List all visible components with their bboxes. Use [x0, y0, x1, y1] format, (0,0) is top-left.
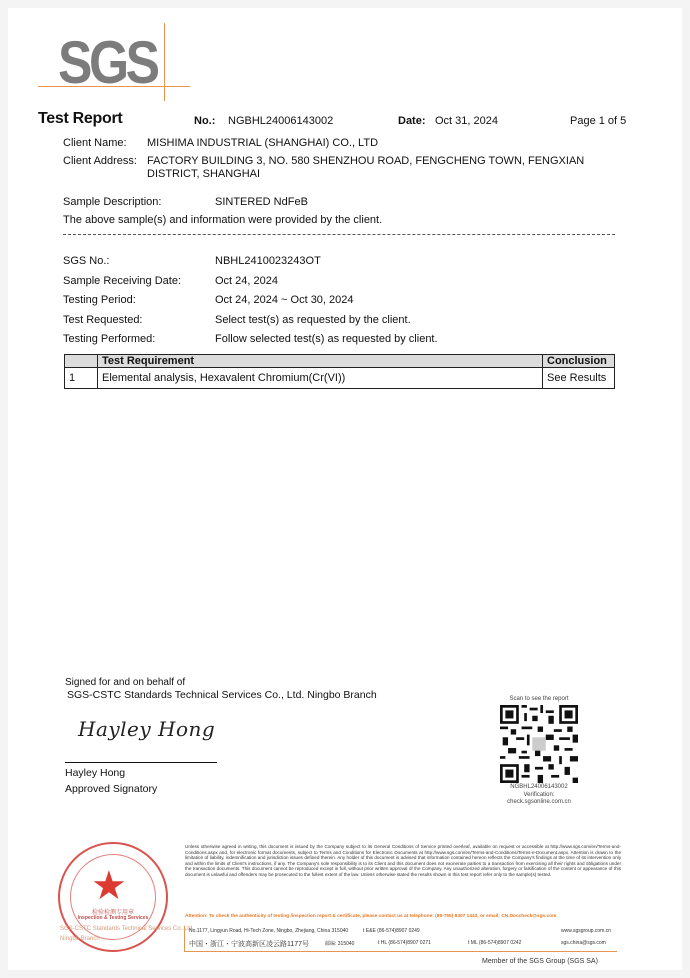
- client-name-value: MISHIMA INDUSTRIAL (SHANGHAI) CO., LTD: [147, 137, 378, 149]
- testing-period-label: Testing Period:: [63, 294, 136, 306]
- logo-horizontal-line: [38, 86, 190, 87]
- legal-disclaimer: Unless otherwise agreed in writing, this…: [185, 844, 621, 878]
- client-address-line1: FACTORY BUILDING 3, NO. 580 SHENZHOU ROA…: [147, 155, 584, 167]
- test-requirement-table: Test Requirement Conclusion 1 Elemental …: [64, 354, 615, 389]
- page-indicator: Page 1 of 5: [570, 115, 626, 127]
- report-page: SGS Test Report No.: NGBHL24006143002 Da…: [8, 8, 682, 970]
- dashed-divider: [63, 234, 615, 235]
- sgs-group-member: Member of the SGS Group (SGS SA): [482, 958, 598, 965]
- qr-verification-site[interactable]: check.sgsonline.com.cn: [499, 799, 579, 805]
- footer-web[interactable]: www.sgsgroup.com.cn: [561, 928, 611, 934]
- receiving-date-label: Sample Receiving Date:: [63, 275, 181, 287]
- sgs-no-label: SGS No.:: [63, 255, 109, 267]
- signed-for-text: Signed for and on behalf of: [65, 677, 185, 688]
- testing-performed-value: Follow selected test(s) as requested by …: [215, 333, 438, 345]
- header-test-requirement: Test Requirement: [98, 355, 543, 368]
- test-requested-value: Select test(s) as requested by the clien…: [215, 314, 411, 326]
- receiving-date-value: Oct 24, 2024: [215, 275, 278, 287]
- signature-line: [65, 762, 217, 763]
- footer-tel-ml: t ML (86-574)8907 0242: [468, 940, 521, 946]
- client-address-label: Client Address:: [63, 155, 137, 167]
- row-index: 1: [65, 368, 98, 389]
- handwritten-signature: Hayley Hong: [78, 717, 215, 741]
- report-title: Test Report: [38, 110, 122, 128]
- test-requested-label: Test Requested:: [63, 314, 143, 326]
- qr-scan-caption: Scan to see the report: [499, 696, 579, 702]
- footer-tel-ee: t E&E (86-574)8907 0249: [363, 928, 420, 934]
- authenticity-attention: Attention: To check the authenticity of …: [185, 914, 621, 920]
- sgs-no-value: NBHL2410023243OT: [215, 255, 321, 267]
- stamp-company-line1: SGS-CSTC Standards Technical Services Co…: [60, 926, 194, 932]
- footer-email[interactable]: sgs.china@sgs.com: [561, 940, 606, 946]
- signatory-title: Approved Signatory: [65, 783, 157, 795]
- row-test-requirement: Elemental analysis, Hexavalent Chromium(…: [98, 368, 543, 389]
- footer-address-en: No.1177, Lingyun Road, Hi-Tech Zone, Nin…: [189, 928, 348, 934]
- report-date-label: Date:: [398, 115, 426, 127]
- header-index: [65, 355, 98, 368]
- signing-company: SGS-CSTC Standards Technical Services Co…: [67, 689, 377, 701]
- signatory-name: Hayley Hong: [65, 767, 125, 779]
- seal-text-english: Inspection & Testing Services: [60, 915, 166, 921]
- provided-note: The above sample(s) and information were…: [63, 214, 382, 226]
- star-icon: ★: [91, 866, 127, 906]
- sgs-logo: SGS: [38, 23, 190, 103]
- stamp-company-line2: Ningbo Branch: [60, 936, 100, 942]
- footer-vertical-line: [184, 926, 185, 952]
- sample-description-label: Sample Description:: [63, 196, 161, 208]
- testing-period-value: Oct 24, 2024 ~ Oct 30, 2024: [215, 294, 354, 306]
- footer-tel-hl: t HL (86-574)8907 0271: [378, 940, 431, 946]
- qr-report-code: NGBHL24006143002: [499, 784, 579, 790]
- table-header-row: Test Requirement Conclusion: [65, 355, 615, 368]
- testing-performed-label: Testing Performed:: [63, 333, 155, 345]
- report-no-label: No.:: [194, 115, 215, 127]
- report-date-value: Oct 31, 2024: [435, 115, 498, 127]
- client-name-label: Client Name:: [63, 137, 127, 149]
- logo-vertical-line: [164, 23, 165, 101]
- footer-postcode-cn: 邮编: 315040: [325, 940, 354, 947]
- report-no-value: NGBHL24006143002: [228, 115, 333, 127]
- client-address-line2: DISTRICT, SHANGHAI: [147, 168, 260, 180]
- header-conclusion: Conclusion: [543, 355, 615, 368]
- row-conclusion: See Results: [543, 368, 615, 389]
- qr-code-icon[interactable]: [500, 705, 578, 783]
- table-row: 1 Elemental analysis, Hexavalent Chromiu…: [65, 368, 615, 389]
- sample-description-value: SINTERED NdFeB: [215, 196, 308, 208]
- footer-horizontal-line: [184, 951, 617, 952]
- qr-verification-label: Verification:: [499, 792, 579, 798]
- footer-address-cn: 中国・浙江・宁波高新区凌云路1177号: [189, 939, 309, 949]
